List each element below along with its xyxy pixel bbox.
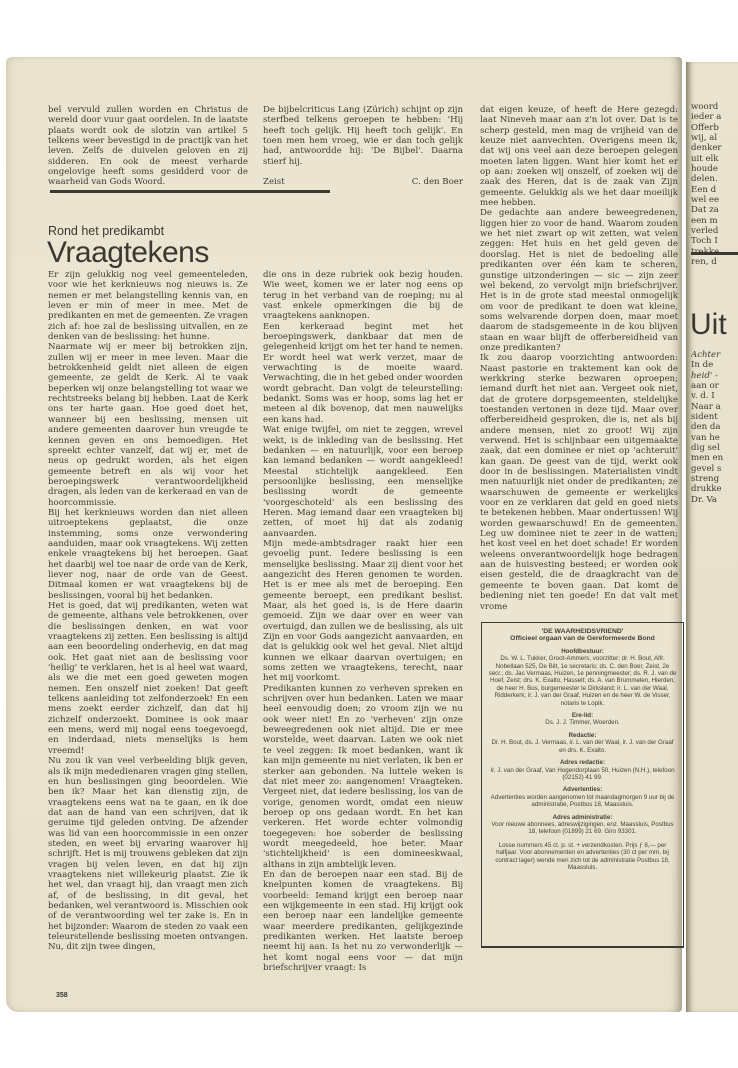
colophon-heading: Ere-lid: — [488, 712, 677, 719]
next-page-line: delen. — [691, 174, 738, 184]
article-col3: dat eigen keuze, of heeft de Here gezegd… — [480, 105, 678, 612]
next-page-line: Dat za — [691, 205, 738, 215]
colophon-text: Dr. H. Bout, ds. J. Vermaas, ir. L. van … — [488, 739, 677, 754]
colophon-pricing: Losse nummers 45 ct. p. st. + verzendkos… — [488, 842, 677, 872]
next-page-line: houde — [691, 164, 738, 174]
next-page-line: men en — [691, 453, 738, 463]
next-page-line: Dr. Va — [691, 495, 738, 505]
next-page-line: dig sel — [691, 443, 738, 453]
colophon-heading: Adres redactie: — [488, 759, 677, 766]
prev-article-col2: De bijbelcriticus Lang (Zürich) schijnt … — [263, 105, 463, 187]
colophon-heading: Hoofdbestuur: — [488, 648, 677, 655]
next-page-line: Offerb — [691, 123, 738, 133]
next-page-line: Toch I — [691, 236, 738, 246]
paragraph: Een kerkeraad begint met het beroepingsw… — [263, 322, 463, 425]
signature: Zeist C. den Boer — [263, 177, 463, 187]
colophon-heading: Redactie: — [488, 732, 677, 739]
colophon-box: 'DE WAARHEIDSVRIEND' Officieel orgaan va… — [481, 622, 684, 948]
next-page-divider — [691, 252, 738, 255]
paragraph: Predikanten kunnen zo verheven spreken e… — [263, 684, 463, 870]
article-col2: die ons in deze rubriek ook bezig houden… — [263, 270, 463, 973]
colophon-title: 'DE WAARHEIDSVRIEND' — [488, 628, 677, 635]
next-page-top-text: woordieder aOfferbwij, aldenkeruit elkho… — [691, 102, 738, 268]
prev-article-col1: bel vervuld zullen worden en Christus de… — [48, 105, 248, 188]
next-page-line: Een d — [691, 185, 738, 195]
colophon-heading: Advertenties: — [488, 786, 677, 793]
next-page-headline: Uit — [690, 308, 738, 342]
next-page-line: Naar a — [691, 402, 738, 412]
next-page-line: sident — [691, 412, 738, 422]
colophon-heading: Adres administratie: — [488, 814, 677, 821]
section-divider — [50, 190, 330, 193]
article-col1: Er zijn gelukkig nog veel gemeenteleden,… — [48, 270, 248, 953]
next-page-line: ieder a — [691, 112, 738, 122]
next-page-line: aan or — [691, 381, 738, 391]
paragraph: die ons in deze rubriek ook bezig houden… — [263, 270, 463, 322]
colophon-text: Voor nieuwe abonnees, adreswijzigingen, … — [488, 821, 677, 836]
paragraph: Wat enige twijfel, om niet te zeggen, wr… — [263, 425, 463, 539]
next-page-line: v. d. I — [691, 391, 738, 401]
paragraph: Nu zou ik van veel verbeelding blijk gev… — [48, 756, 248, 953]
colophon-text: Ds. J. J. Timmer, Woerden. — [488, 719, 677, 726]
paragraph: De bijbelcriticus Lang (Zürich) schijnt … — [263, 105, 463, 167]
next-page-line: Achter — [691, 350, 738, 360]
paragraph: Bij het kerknieuws worden dan niet allee… — [48, 508, 248, 601]
next-page-line: een m — [691, 216, 738, 226]
next-page-line: verled — [691, 226, 738, 236]
next-page-line: wel ee — [691, 195, 738, 205]
next-page-line: van he — [691, 433, 738, 443]
next-page-line: denker — [691, 143, 738, 153]
next-page-line: streng — [691, 474, 738, 484]
colophon-text: Ir. J. van der Graaf, Van Hogendorplaan … — [488, 767, 677, 782]
paragraph: Er zijn gelukkig nog veel gemeenteleden,… — [48, 270, 248, 342]
colophon-text: Advertenties worden aangenomen tot maand… — [488, 794, 677, 809]
paragraph: Naarmate wij er meer bij betrokken zijn,… — [48, 342, 248, 508]
signature-place: Zeist — [263, 177, 285, 187]
colophon-text: Ds. W. L. Tukker, Groot-Ammers, voorzitt… — [488, 655, 677, 707]
next-page-body-text: AchterIn deheid' -aan orv. d. INaar asid… — [691, 350, 738, 505]
next-page-line: wij, al — [691, 133, 738, 143]
next-page-line: In de — [691, 360, 738, 370]
next-page-line: drukke — [691, 484, 738, 494]
paragraph: bel vervuld zullen worden en Christus de… — [48, 105, 248, 188]
paragraph: De gedachte aan andere beweegredenen, li… — [480, 208, 678, 353]
colophon-subtitle: Officieel orgaan van de Gereformeerde Bo… — [488, 635, 677, 642]
signature-author: C. den Boer — [412, 177, 463, 187]
page-number: 358 — [56, 992, 68, 999]
next-page-line: den da — [691, 422, 738, 432]
next-page-line: ren, d — [691, 257, 738, 267]
next-page-line: uit elk — [691, 154, 738, 164]
paragraph: Ik zou daarop voorzichting antwoorden: N… — [480, 353, 678, 612]
paragraph: Het is goed, dat wij predikanten, weten … — [48, 601, 248, 756]
next-page-line: gevel s — [691, 464, 738, 474]
article-title: Vraagtekens — [47, 236, 209, 270]
paragraph: Mijn mede-ambtsdrager raakt hier een gev… — [263, 539, 463, 684]
next-page-line: heid' - — [691, 371, 738, 381]
paragraph: dat eigen keuze, of heeft de Here gezegd… — [480, 105, 678, 208]
next-page-line: woord — [691, 102, 738, 112]
paragraph: En dan de beroepen naar een stad. Bij de… — [263, 870, 463, 973]
